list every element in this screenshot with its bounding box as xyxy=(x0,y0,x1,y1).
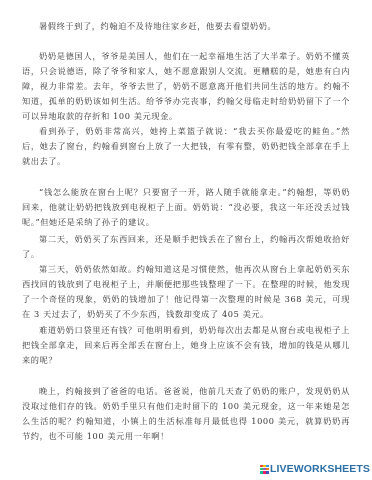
paragraph-3: 看到孙子，奶奶非常高兴，她挎上菜篮子就说：“我去买你最爱吃的鲑鱼。”然后，她去了… xyxy=(22,124,350,169)
paragraph-2: 奶奶是德国人，爷爷是美国人，他们在一起幸福地生活了大半辈子。奶奶不懂英语，只会说… xyxy=(22,49,350,124)
paragraph-1: 暑假终于到了，约翰迫不及待地往家乡赶，他要去看望奶奶。 xyxy=(22,19,350,34)
logo-grid-icon xyxy=(260,465,269,474)
paragraph-6: 第三天，奶奶依然如故。约翰知道这是习惯使然，他再次从窗台上拿起奶奶买东西找回的钱… xyxy=(22,262,350,322)
worksheet-page: 暑假终于到了，约翰迫不及待地往家乡赶，他要去看望奶奶。 奶奶是德国人，爷爷是美国… xyxy=(0,0,372,480)
paragraph-4: “钱怎么能放在窗台上呢？只要窗子一开，路人随手就能拿走。”约翰想，等奶奶回来，他… xyxy=(22,185,350,230)
brand-name: LIVEWORKSHEETS xyxy=(270,463,370,475)
paragraph-5: 第二天，奶奶买了东西回来，还是顺手把钱丢在了窗台上，约翰再次帮她收拾好了。 xyxy=(22,232,350,262)
paragraph-8: 晚上，约翰接到了爸爸的电话。爸爸说，他前几天查了奶奶的账户，发现奶奶从没取过他们… xyxy=(22,384,350,444)
liveworksheets-logo: LIVEWORKSHEETS xyxy=(260,462,370,476)
paragraph-7: 难道奶奶口袋里还有钱？可他明明看到，奶奶每次出去都是从窗台或电视柜子上把钱全部拿… xyxy=(22,323,350,368)
